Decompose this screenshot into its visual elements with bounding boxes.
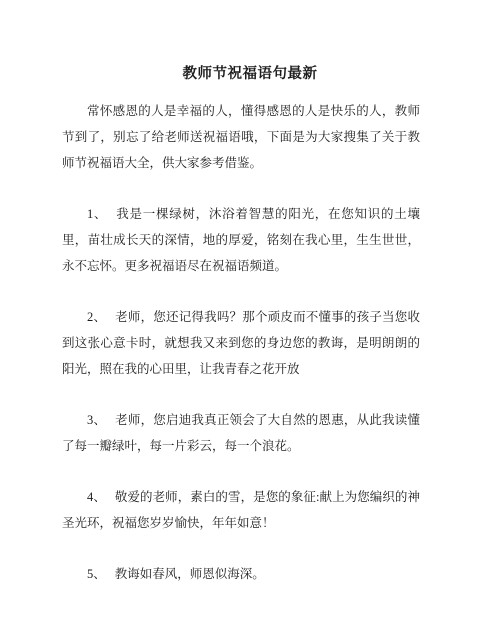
item-3-text: 老师，您启迪我真正领会了大自然的恩惠，从此我读懂了每一瓣绿叶，每一片彩云，每一个… bbox=[62, 413, 420, 453]
item-5-text: 教诲如春风，师恩似海深。 bbox=[115, 567, 265, 581]
item-2-text: 老师，您还记得我吗？那个顽皮而不懂事的孩子当您收到这张心意卡时，就想我又来到您的… bbox=[62, 310, 420, 376]
document-page: 教师节祝福语句最新 常怀感恩的人是幸福的人，懂得感恩的人是快乐的人，教师节到了，… bbox=[0, 0, 500, 637]
blessing-item-2: 2、老师，您还记得我吗？那个顽皮而不懂事的孩子当您收到这张心意卡时，就想我又来到… bbox=[62, 304, 420, 382]
item-1-text: 我是一棵绿树，沐浴着智慧的阳光，在您知识的土壤里，苗壮成长天的深情，地的厚爱，铭… bbox=[62, 207, 420, 273]
intro-paragraph: 常怀感恩的人是幸福的人，懂得感恩的人是快乐的人，教师节到了，别忘了给老师送祝福语… bbox=[62, 98, 420, 176]
blessing-item-4: 4、敬爱的老师，素白的雪，是您的象征:献上为您编织的神圣光环，祝福您岁岁愉快，年… bbox=[62, 484, 420, 536]
item-5-number: 5、 bbox=[87, 567, 106, 581]
item-1-number: 1、 bbox=[87, 207, 107, 221]
item-2-number: 2、 bbox=[87, 310, 106, 324]
document-title: 教师节祝福语句最新 bbox=[62, 64, 438, 84]
blessing-item-1: 1、我是一棵绿树，沐浴着智慧的阳光，在您知识的土壤里，苗壮成长天的深情，地的厚爱… bbox=[62, 201, 420, 279]
blessing-item-3: 3、老师，您启迪我真正领会了大自然的恩惠，从此我读懂了每一瓣绿叶，每一片彩云，每… bbox=[62, 407, 420, 459]
item-4-text: 敬爱的老师，素白的雪，是您的象征:献上为您编织的神圣光环，祝福您岁岁愉快，年年如… bbox=[62, 490, 420, 530]
blessing-item-5: 5、教诲如春风，师恩似海深。 bbox=[62, 561, 420, 587]
item-4-number: 4、 bbox=[87, 490, 106, 504]
item-3-number: 3、 bbox=[87, 413, 106, 427]
